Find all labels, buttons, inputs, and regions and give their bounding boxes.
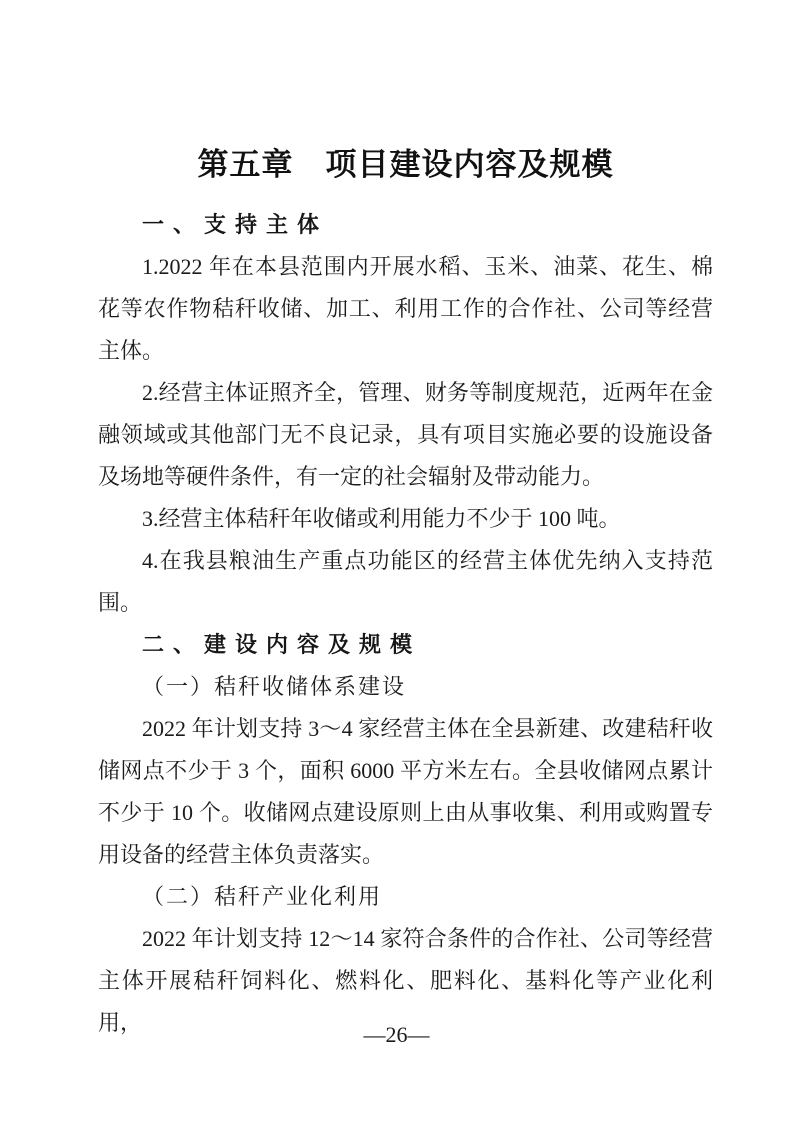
section-2-heading: 二、建设内容及规模: [98, 624, 713, 666]
section-1-heading: 一、支持主体: [98, 204, 713, 246]
chapter-title: 第五章 项目建设内容及规模: [98, 140, 713, 190]
page-number: —26—: [0, 1018, 793, 1052]
section-support-subjects: 一、支持主体 1.2022 年在本县范围内开展水稻、玉米、油菜、花生、棉花等农作…: [98, 204, 713, 624]
subsection-1-heading: （一）秸秆收储体系建设: [98, 666, 713, 708]
section-construction-content: 二、建设内容及规模 （一）秸秆收储体系建设 2022 年计划支持 3～4 家经营…: [98, 624, 713, 1044]
section-1-paragraph-1: 1.2022 年在本县范围内开展水稻、玉米、油菜、花生、棉花等农作物秸秆收储、加…: [98, 246, 713, 372]
section-1-paragraph-3: 3.经营主体秸秆年收储或利用能力不少于 100 吨。: [98, 498, 713, 540]
document-page: 第五章 项目建设内容及规模 一、支持主体 1.2022 年在本县范围内开展水稻、…: [0, 0, 793, 1122]
subsection-2-heading: （二）秸秆产业化利用: [98, 876, 713, 918]
section-1-paragraph-4: 4.在我县粮油生产重点功能区的经营主体优先纳入支持范围。: [98, 540, 713, 624]
section-1-paragraph-2: 2.经营主体证照齐全，管理、财务等制度规范，近两年在金融领域或其他部门无不良记录…: [98, 372, 713, 498]
subsection-1-paragraph: 2022 年计划支持 3～4 家经营主体在全县新建、改建秸秆收储网点不少于 3 …: [98, 708, 713, 876]
